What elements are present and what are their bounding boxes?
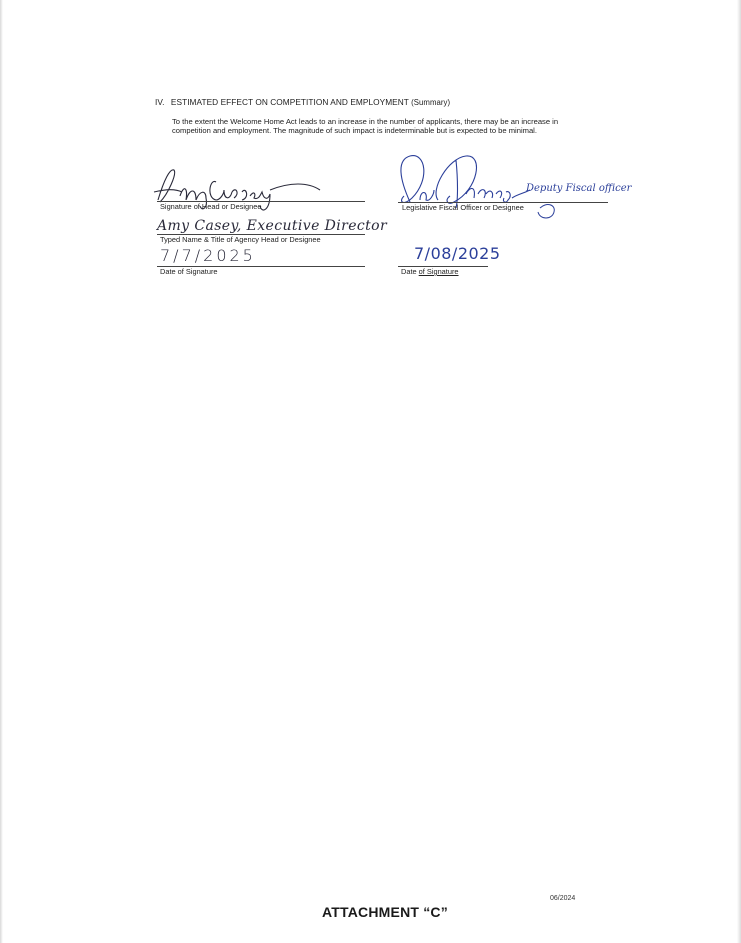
- page-edge-left: [0, 0, 3, 943]
- agency-date-label: Date of Signature: [160, 267, 218, 276]
- fiscal-date-label-underlined: of Signature: [419, 267, 459, 276]
- agency-date-handwritten: 7/7/2025: [160, 246, 256, 265]
- fiscal-date-label-prefix: Date: [401, 267, 419, 276]
- fiscal-date-label: Date of Signature: [401, 267, 459, 276]
- section-heading: IV. ESTIMATED EFFECT ON COMPETITION AND …: [155, 97, 450, 107]
- form-revision-date: 06/2024: [550, 895, 575, 902]
- agency-signature-label: Signature of Head or Designee: [160, 202, 261, 211]
- section-title: ESTIMATED EFFECT ON COMPETITION AND EMPL…: [171, 97, 409, 107]
- page-edge-right: [737, 0, 741, 943]
- agency-typed-name-handwritten: Amy Casey, Executive Director: [157, 218, 387, 234]
- attachment-title: ATTACHMENT “C”: [322, 904, 448, 920]
- fiscal-title-handwritten: Deputy Fiscal officer: [526, 183, 631, 194]
- fiscal-signature-label: Legislative Fiscal Officer or Designee: [402, 203, 524, 212]
- agency-typed-name-label: Typed Name & Title of Agency Head or Des…: [160, 235, 321, 244]
- section-subtitle: (Summary): [411, 98, 450, 107]
- section-number: IV.: [155, 97, 165, 107]
- summary-paragraph: To the extent the Welcome Home Act leads…: [172, 118, 592, 135]
- fiscal-date-handwritten: 7/08/2025: [414, 244, 501, 263]
